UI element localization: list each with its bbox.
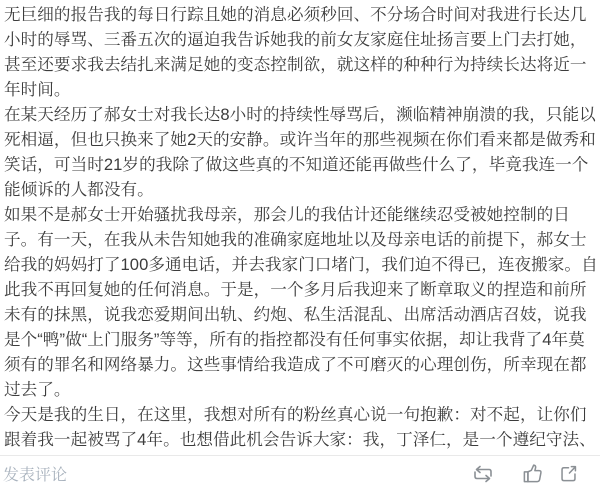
post-text-line: 跟着我一起被骂了4年。也想借此机会告诉大家：我，丁泽仁，是一个遵纪守法、 <box>4 427 598 452</box>
post-text-line: 年时间。 <box>4 77 598 102</box>
like-icon <box>521 463 544 484</box>
repost-icon <box>471 465 495 483</box>
post-body-text: 无巨细的报告我的每日行踪且她的消息必须秒回、不分场合时间对我进行长达几小时的辱骂… <box>4 2 598 452</box>
share-button[interactable] <box>558 464 579 483</box>
comment-input[interactable]: 发表评论 <box>3 462 471 485</box>
comment-bar: 发表评论 <box>0 455 600 491</box>
post-text-line: 须有的罪名和网络暴力。这些事情给我造成了不可磨灭的心理创伤，所幸现在都 <box>4 352 598 377</box>
post-text-line: 未有的抹黑，说我恋爱期间出轨、约炮、私生活混乱、出席活动酒店召妓，说我 <box>4 302 598 327</box>
post-text-line: 是个“鸭”做“上门服务”等等，所有的指控都没有任何事实依据，却让我背了4年莫 <box>4 327 598 352</box>
like-button[interactable] <box>521 463 544 484</box>
post-detail-screen: 无巨细的报告我的每日行踪且她的消息必须秒回、不分场合时间对我进行长达几小时的辱骂… <box>0 0 600 491</box>
post-text-line: 能倾诉的人都没有。 <box>4 177 598 202</box>
post-text-line: 在某天经历了郝女士对我长达8小时的持续性辱骂后，濒临精神崩溃的我，只能以 <box>4 102 598 127</box>
post-text-line: 笑话，可当时21岁的我除了做这些真的不知道还能再做些什么了，毕竟我连一个 <box>4 152 598 177</box>
post-text-line: 子。有一天，在我从未告知她我的准确家庭地址以及母亲电话的前提下，郝女士 <box>4 227 598 252</box>
post-text-line: 无巨细的报告我的每日行踪且她的消息必须秒回、不分场合时间对我进行长达几 <box>4 2 598 27</box>
post-text-line: 给我的妈妈打了100多通电话，并去我家门口堵门，我们迫不得已，连夜搬家。自 <box>4 252 598 277</box>
post-text-line: 过去了。 <box>4 377 598 402</box>
post-text-line: 今天是我的生日，在这里，我想对所有的粉丝真心说一句抱歉：对不起，让你们 <box>4 402 598 427</box>
post-text-line: 小时的辱骂、三番五次的逼迫我告诉她我的前女友家庭住址扬言要上门去打她， <box>4 27 598 52</box>
share-icon <box>558 464 579 483</box>
post-text-line: 此我不再回复她的任何消息。于是，一个多月后我迎来了断章取义的捏造和前所 <box>4 277 598 302</box>
post-text-line: 甚至还要求我去结扎来满足她的变态控制欲，就这样的种种行为持续长达将近一 <box>4 52 598 77</box>
post-text-line: 死相逼，但也只换来了她2天的安静。或许当年的那些视频在你们看来都是做秀和 <box>4 127 598 152</box>
post-text-line: 如果不是郝女士开始骚扰我母亲，那会儿的我估计还能继续忍受被她控制的日 <box>4 202 598 227</box>
repost-button[interactable] <box>471 465 495 483</box>
